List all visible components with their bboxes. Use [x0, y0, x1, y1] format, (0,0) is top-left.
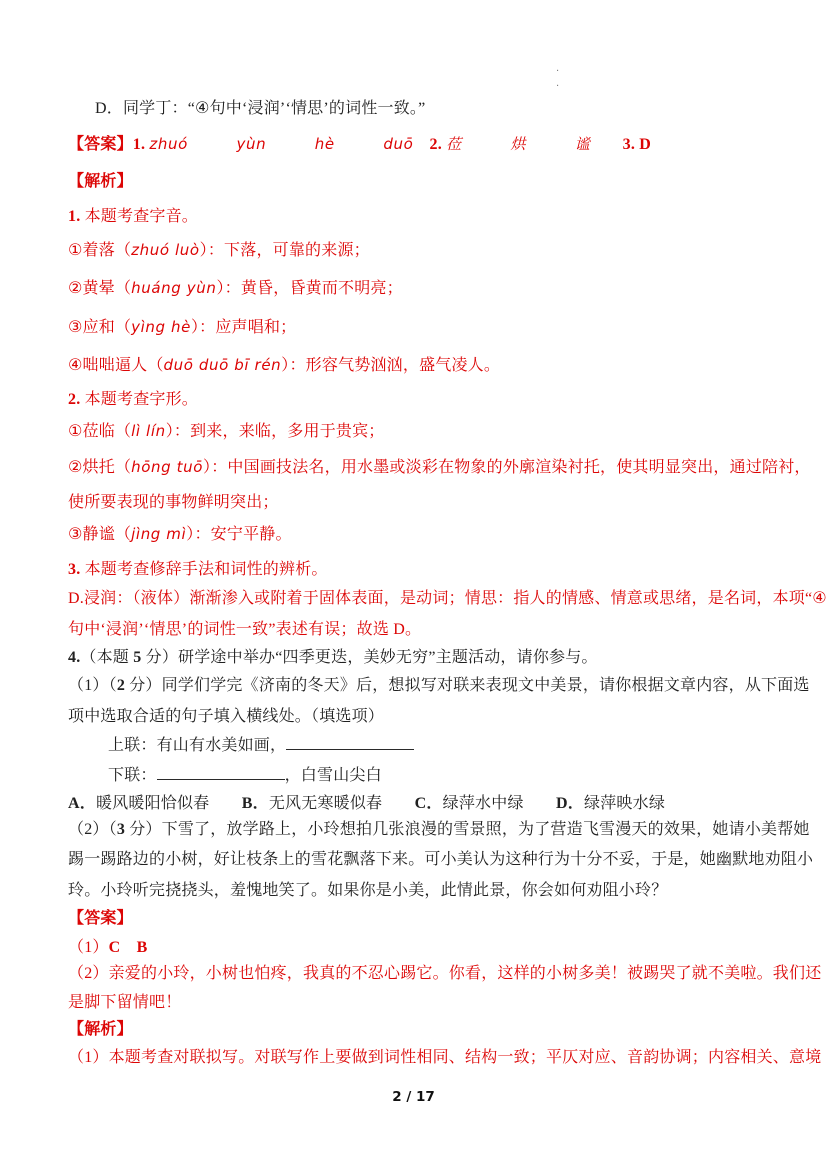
- pinyin-text: lì lín: [131, 422, 166, 440]
- text-run: C B: [109, 939, 148, 956]
- doc-line: 是脚下留情吧！: [68, 992, 769, 1014]
- text-run: 1.: [68, 208, 85, 225]
- text-run: 2.: [68, 391, 85, 408]
- text-run: ）：黄昏，昏黄而不明亮；: [216, 280, 402, 297]
- pinyin-text: jìng mì: [131, 525, 186, 543]
- doc-line: ③应和（yìng hè）：应声唱和；: [68, 316, 769, 339]
- doc-line: 玲。小玲听完挠挠头，羞愧地笑了。如果你是小美，此情此景，你会如何劝阻小玲？: [68, 880, 769, 902]
- pinyin-text: yùn: [236, 135, 266, 153]
- doc-line: 【解析】: [68, 171, 769, 193]
- text-run: （2）（: [68, 821, 117, 838]
- text-run: 3. D: [590, 136, 651, 153]
- pinyin-text: zhuó luò: [131, 241, 199, 259]
- doc-line: ①莅临（lì lín）：到来，来临，多用于贵宾；: [68, 420, 769, 443]
- pinyin-text: 烘: [510, 135, 526, 153]
- text-run: ③静谧（: [68, 526, 131, 543]
- doc-line: （1）（2 分）同学们学完《济南的冬天》后，想拟写对联来表现文中美景，请你根据文…: [68, 675, 769, 697]
- text-run: A．: [68, 795, 96, 812]
- text-run: [188, 136, 237, 153]
- doc-line: ④咄咄逼人（duō duō bī rén）：形容气势汹汹，盛气凌人。: [68, 354, 769, 377]
- text-run: ）：中国画技法名，用水墨或淡彩在物象的外廓渲染衬托，使其明显突出，通过陪衬，: [203, 459, 811, 476]
- doc-line: （2）（3 分）下雪了，放学路上，小玲想拍几张浪漫的雪景照，为了营造飞雪漫天的效…: [68, 819, 769, 841]
- text-run: ①着落（: [68, 242, 131, 259]
- text-run: 无风无寒暖似春: [269, 795, 415, 812]
- text-run: 本题考查字音。: [85, 208, 198, 225]
- text-run: 4.: [68, 649, 80, 666]
- text-run: 2.: [413, 136, 446, 153]
- document-page: · · D．同学丁：“④句中‘浸润’‘情思’的词性一致。”【答案】1. zhuó…: [0, 0, 827, 1169]
- document-body: D．同学丁：“④句中‘浸润’‘情思’的词性一致。”【答案】1. zhuó yùn…: [68, 98, 769, 1069]
- doc-line: ②烘托（hōng tuō）：中国画技法名，用水墨或淡彩在物象的外廓渲染衬托，使其…: [68, 456, 769, 479]
- text-run: （本题: [80, 649, 133, 666]
- text-run: 【解析】: [68, 173, 133, 190]
- text-run: 【答案】: [68, 910, 133, 927]
- text-run: ②烘托（: [68, 459, 131, 476]
- page-number: 2 / 17: [0, 1089, 827, 1105]
- doc-line: 项中选取合适的句子填入横线处。（填选项）: [68, 706, 769, 728]
- doc-line: 4.（本题 5 分）研学途中举办“四季更迭，美妙无穷”主题活动，请你参与。: [68, 647, 769, 669]
- text-run: D．: [556, 795, 584, 812]
- text-run: ③应和（: [68, 319, 131, 336]
- pinyin-text: 谧: [575, 135, 591, 153]
- text-run: [335, 136, 384, 153]
- text-run: 【解析】: [68, 1021, 133, 1038]
- text-run: ，白雪山尖白: [285, 767, 382, 784]
- text-run: ①莅临（: [68, 423, 131, 440]
- pinyin-text: hè: [315, 135, 335, 153]
- text-run: 2: [117, 677, 125, 694]
- text-run: 3: [117, 821, 125, 838]
- doc-line: ①着落（zhuó luò）：下落，可靠的来源；: [68, 239, 769, 262]
- text-run: 绿萍映水绿: [584, 795, 665, 812]
- stray-marks: · ·: [556, 64, 559, 94]
- doc-line: D.浸润：（液体）渐渐渗入或附着于固体表面，是动词；情思：指人的情感、情意或思绪…: [68, 588, 769, 610]
- text-run: B．: [242, 795, 269, 812]
- text-run: 分）研学途中举办“四季更迭，美妙无穷”主题活动，请你参与。: [141, 649, 597, 666]
- doc-line: 【答案】1. zhuó yùn hè duō 2. 莅 烘 谧 3. D: [68, 133, 769, 156]
- doc-line: （1）C B: [68, 937, 769, 959]
- text-run: （1）: [68, 939, 109, 956]
- text-run: ④咄咄逼人（: [68, 357, 164, 374]
- pinyin-text: huáng yùn: [131, 279, 216, 297]
- text-run: 使所要表现的事物鲜明突出；: [68, 494, 279, 511]
- text-run: [462, 136, 511, 153]
- text-run: 3.: [68, 561, 85, 578]
- doc-line: 上联：有山有水美如画，: [68, 735, 769, 757]
- text-run: （1）（: [68, 677, 117, 694]
- text-run: 暖风暖阳恰似春: [96, 795, 242, 812]
- text-run: [526, 136, 575, 153]
- text-run: ②黄晕（: [68, 280, 131, 297]
- text-run: D.浸润：（液体）渐渐渗入或附着于固体表面，是动词；情思：指人的情感、情意或思绪…: [68, 590, 827, 607]
- doc-line: 3. 本题考查修辞手法和词性的辨析。: [68, 559, 769, 581]
- text-run: 分）下雪了，放学路上，小玲想拍几张浪漫的雪景照，为了营造飞雪漫天的效果，她请小美…: [125, 821, 810, 838]
- text-run: ）：形容气势汹汹，盛气凌人。: [281, 357, 500, 374]
- stray-dot: ·: [556, 79, 559, 94]
- pinyin-text: 莅: [446, 135, 462, 153]
- doc-line: 1. 本题考查字音。: [68, 206, 769, 228]
- text-run: ）：应声唱和；: [191, 319, 296, 336]
- doc-line: A．暖风暖阳恰似春 B．无风无寒暖似春 C．绿萍水中绿 D．绿萍映水绿: [68, 793, 769, 815]
- text-run: （2）亲爱的小玲，小树也怕疼，我真的不忍心踢它。你看，这样的小树多美！被踢哭了就…: [68, 965, 821, 982]
- doc-line: D．同学丁：“④句中‘浸润’‘情思’的词性一致。”: [68, 98, 769, 120]
- blank-underline: [157, 765, 285, 780]
- text-run: 踢一踢路边的小树，好让枝条上的雪花飘落下来。可小美认为这种行为十分不妥，于是，她…: [68, 851, 813, 868]
- text-run: 玲。小玲听完挠挠头，羞愧地笑了。如果你是小美，此情此景，你会如何劝阻小玲？: [68, 882, 667, 899]
- text-run: （1）本题考查对联拟写。对联写作上要做到词性相同、结构一致；平仄对应、音韵协调；…: [68, 1049, 821, 1066]
- pinyin-text: duō duō bī rén: [164, 356, 282, 374]
- text-run: ）：安宁平静。: [186, 526, 291, 543]
- doc-line: ③静谧（jìng mì）：安宁平静。: [68, 523, 769, 546]
- text-run: 句中‘浸润’‘情思’的词性一致”表述有误；故选 D。: [68, 621, 421, 638]
- text-run: 【答案】1.: [68, 136, 149, 153]
- doc-line: 下联：，白雪山尖白: [68, 765, 769, 787]
- doc-line: 踢一踢路边的小树，好让枝条上的雪花飘落下来。可小美认为这种行为十分不妥，于是，她…: [68, 849, 769, 871]
- text-run: C．: [415, 795, 443, 812]
- text-run: 分）同学们学完《济南的冬天》后，想拟写对联来表现文中美景，请你根据文章内容，从下…: [125, 677, 810, 694]
- pinyin-text: zhuó: [149, 135, 187, 153]
- pinyin-text: yìng hè: [131, 318, 191, 336]
- text-run: 本题考查字形。: [85, 391, 198, 408]
- doc-line: ②黄晕（huáng yùn）：黄昏，昏黄而不明亮；: [68, 277, 769, 300]
- text-run: 本题考查修辞手法和词性的辨析。: [85, 561, 328, 578]
- doc-line: 使所要表现的事物鲜明突出；: [68, 492, 769, 514]
- text-run: D．同学丁：“④句中‘浸润’‘情思’的词性一致。”: [95, 100, 425, 117]
- text-run: [266, 136, 315, 153]
- text-run: 是脚下留情吧！: [68, 994, 181, 1011]
- text-run: 绿萍水中绿: [443, 795, 556, 812]
- doc-line: 【答案】: [68, 908, 769, 930]
- doc-line: 句中‘浸润’‘情思’的词性一致”表述有误；故选 D。: [68, 619, 769, 641]
- text-run: 上联：有山有水美如画，: [108, 737, 286, 754]
- doc-line: 【解析】: [68, 1019, 769, 1041]
- blank-underline: [286, 735, 414, 750]
- doc-line: （1）本题考查对联拟写。对联写作上要做到词性相同、结构一致；平仄对应、音韵协调；…: [68, 1047, 769, 1069]
- pinyin-text: duō: [383, 135, 413, 153]
- pinyin-text: hōng tuō: [131, 458, 203, 476]
- doc-line: 2. 本题考查字形。: [68, 389, 769, 411]
- text-run: ）：下落，可靠的来源；: [200, 242, 370, 259]
- text-run: 项中选取合适的句子填入横线处。（填选项）: [68, 708, 384, 725]
- text-run: 下联：: [108, 767, 157, 784]
- doc-line: （2）亲爱的小玲，小树也怕疼，我真的不忍心踢它。你看，这样的小树多美！被踢哭了就…: [68, 963, 769, 985]
- stray-dot: ·: [556, 64, 559, 79]
- text-run: ）：到来，来临，多用于贵宾；: [166, 423, 385, 440]
